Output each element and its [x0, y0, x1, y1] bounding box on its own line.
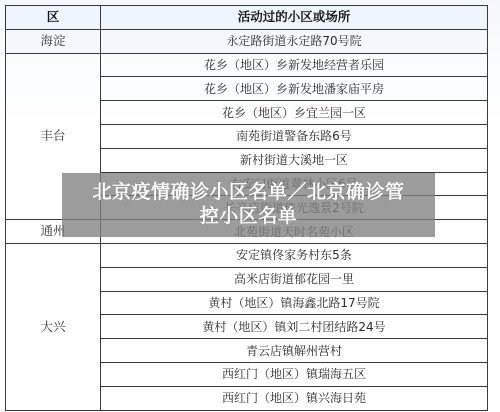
place-cell: 黄村（地区）镇刘二村团结路24号 [101, 315, 488, 339]
place-cell: 青云店镇解州营村 [101, 339, 488, 363]
district-cell-daxing: 大兴 [6, 243, 101, 410]
table-row: 大兴 安定镇佟家务村东5条 [6, 243, 488, 267]
overlay-title-line-2: 控小区名单 [62, 204, 435, 228]
place-cell: 黄村（地区）镇海鑫北路17号院 [101, 291, 488, 315]
place-cell: 高米店街道郁花园一里 [101, 267, 488, 291]
table-header-row: 区 活动过的小区或场所 [6, 6, 488, 30]
header-district: 区 [6, 6, 101, 30]
place-cell: 花乡（地区）乡新发地经营者乐园 [101, 53, 488, 77]
page: 区 活动过的小区或场所 海淀 永定路街道永定路70号院 丰台 花乡（地区）乡新发… [0, 0, 500, 412]
place-cell: 花乡（地区）乡新发地潘家庙平房 [101, 77, 488, 101]
table-row: 丰台 花乡（地区）乡新发地经营者乐园 [6, 53, 488, 77]
place-cell: 永定路街道永定路70号院 [101, 29, 488, 53]
place-cell: 南苑街道警备东路6号 [101, 124, 488, 148]
district-cell-haidian: 海淀 [6, 29, 101, 53]
place-cell: 新村街道大溪地一区 [101, 148, 488, 172]
place-cell: 花乡（地区）乡宜兰园一区 [101, 101, 488, 125]
place-cell: 西红门（地区）镇瑞海五区 [101, 362, 488, 386]
header-places: 活动过的小区或场所 [101, 6, 488, 30]
place-cell: 西红门（地区）镇兴海日苑 [101, 386, 488, 410]
table-row: 海淀 永定路街道永定路70号院 [6, 29, 488, 53]
place-cell: 安定镇佟家务村东5条 [101, 243, 488, 267]
title-overlay-banner: 北京疫情确诊小区名单／北京确诊管 控小区名单 [62, 173, 435, 237]
overlay-title-line-1: 北京疫情确诊小区名单／北京确诊管 [62, 180, 435, 204]
